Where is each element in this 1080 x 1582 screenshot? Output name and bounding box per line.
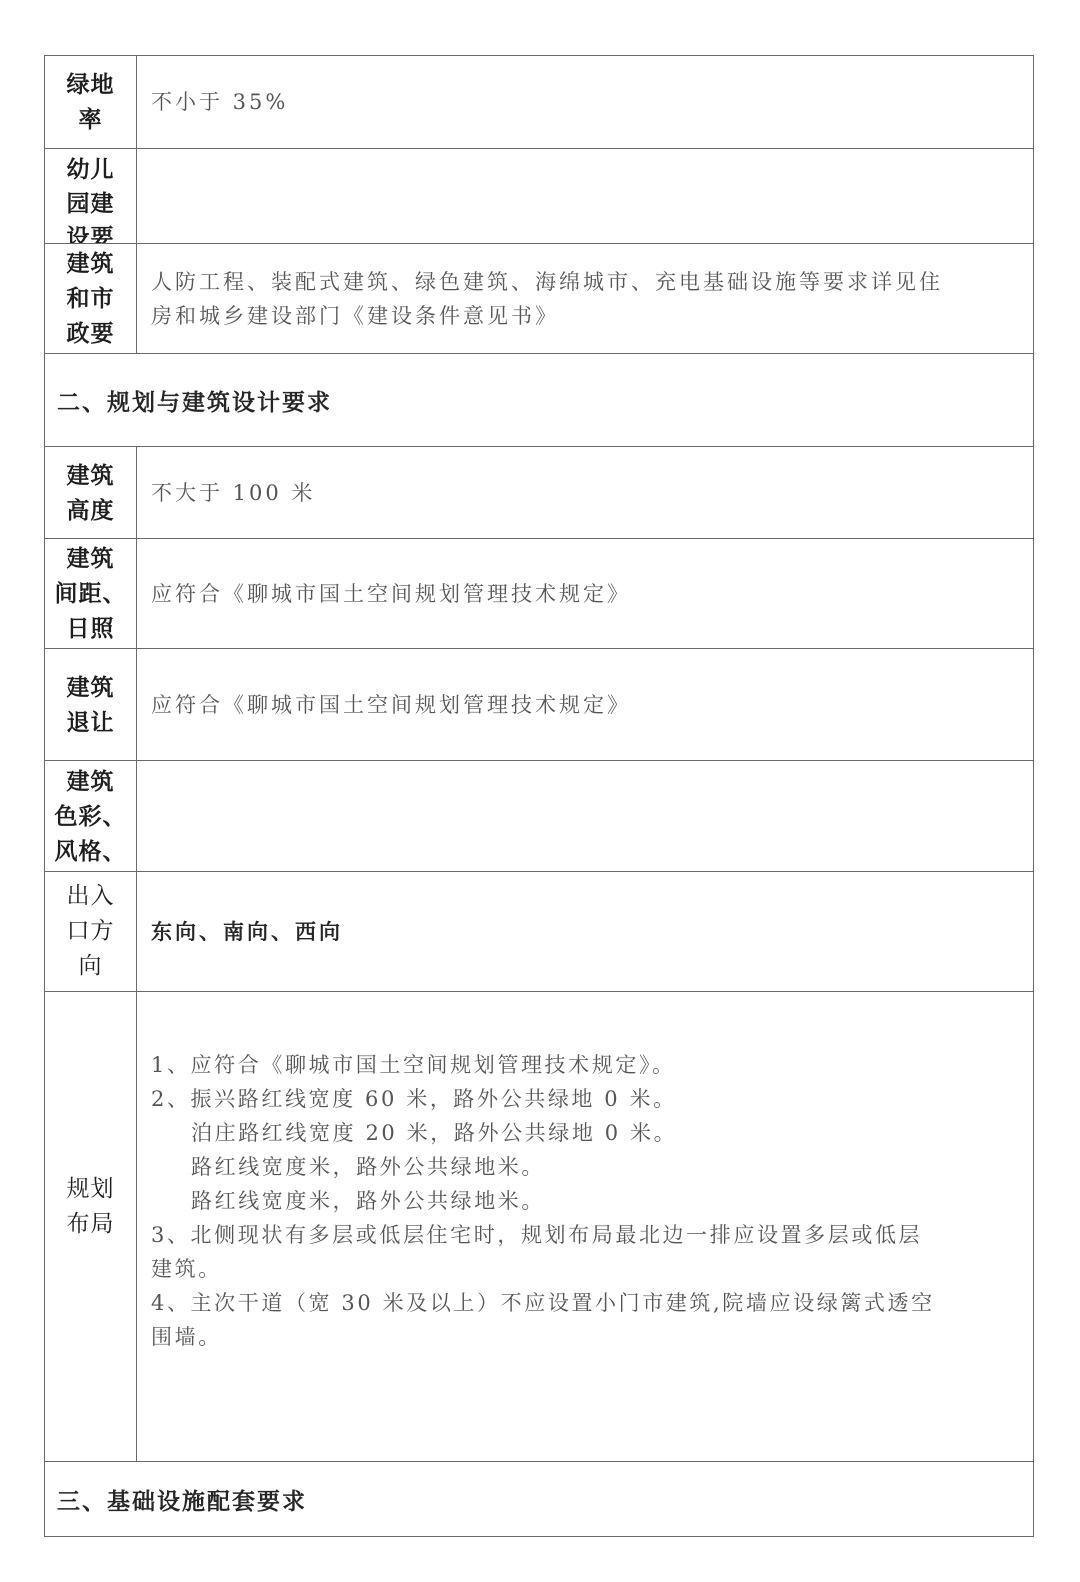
- table-row-green-ratio: 绿地 率 不小于 35%: [45, 56, 1034, 149]
- building-height-value: 不大于 100 米: [151, 476, 1021, 510]
- table-row-building-color-style: 建筑 色彩、 风格、: [45, 761, 1034, 872]
- row-label: 幼儿 园建 设要: [45, 149, 137, 244]
- row-content: 东向、南向、西向: [137, 872, 1034, 992]
- row-content: 应符合《聊城市国土空间规划管理技术规定》: [137, 649, 1034, 761]
- row-label: 出入 口方 向: [45, 872, 137, 992]
- table-row-planning-layout: 规划 布局 1、应符合《聊城市国土空间规划管理技术规定》。 2、振兴路红线宽度 …: [45, 992, 1034, 1462]
- section-3-title: 三、基础设施配套要求: [45, 1462, 1034, 1537]
- row-label: 建筑 间距、 日照: [45, 539, 137, 649]
- building-municipal-line-2: 房和城乡建设部门《建设条件意见书》: [151, 299, 1021, 333]
- table-row-building-height: 建筑 高度 不大于 100 米: [45, 447, 1034, 539]
- layout-item-3: 3、北侧现状有多层或低层住宅时，规划布局最北边一排应设置多层或低层: [151, 1218, 1021, 1252]
- kindergarten-value: [137, 149, 1034, 244]
- table-row-kindergarten: 幼儿 园建 设要: [45, 149, 1034, 244]
- building-color-style-label: 建筑 色彩、 风格、: [45, 764, 136, 869]
- layout-item-4-cont: 围墙。: [151, 1320, 1021, 1354]
- section-header-row: 二、规划与建筑设计要求: [45, 354, 1034, 447]
- layout-item-4: 4、主次干道（宽 30 米及以上）不应设置小门市建筑,院墙应设绿篱式透空: [151, 1286, 1021, 1320]
- layout-item-2-road-c: 路红线宽度米，路外公共绿地米。: [151, 1150, 1021, 1184]
- table-row-entrance-direction: 出入 口方 向 东向、南向、西向: [45, 872, 1034, 992]
- building-municipal-line-1: 人防工程、装配式建筑、绿色建筑、海绵城市、充电基础设施等要求详见住: [151, 265, 1021, 299]
- layout-item-1: 1、应符合《聊城市国土空间规划管理技术规定》。: [151, 1048, 1021, 1082]
- row-label: 绿地 率: [45, 56, 137, 149]
- building-setback-value: 应符合《聊城市国土空间规划管理技术规定》: [151, 688, 1021, 722]
- entrance-direction-label: 出入 口方 向: [45, 879, 136, 984]
- table-row-building-spacing: 建筑 间距、 日照 应符合《聊城市国土空间规划管理技术规定》: [45, 539, 1034, 649]
- building-municipal-label: 建筑 和市 政要: [45, 246, 136, 351]
- row-label: 建筑 高度: [45, 447, 137, 539]
- row-content: 1、应符合《聊城市国土空间规划管理技术规定》。 2、振兴路红线宽度 60 米，路…: [137, 992, 1034, 1462]
- row-content: 不小于 35%: [137, 56, 1034, 149]
- green-ratio-label: 绿地 率: [45, 67, 136, 137]
- row-label: 规划 布局: [45, 992, 137, 1462]
- document-page: 绿地 率 不小于 35% 幼儿 园建 设要 建筑 和市 政要 人防工程、装配式建…: [44, 55, 1034, 1537]
- green-ratio-value: 不小于 35%: [151, 85, 1021, 119]
- planning-layout-label: 规划 布局: [45, 1172, 136, 1242]
- layout-item-2-road-b: 泊庄路红线宽度 20 米，路外公共绿地 0 米。: [151, 1116, 1021, 1150]
- row-label: 建筑 色彩、 风格、: [45, 761, 137, 872]
- layout-item-2-road-d: 路红线宽度米，路外公共绿地米。: [151, 1184, 1021, 1218]
- table-row-building-municipal: 建筑 和市 政要 人防工程、装配式建筑、绿色建筑、海绵城市、充电基础设施等要求详…: [45, 244, 1034, 354]
- section-2-title: 二、规划与建筑设计要求: [45, 354, 1034, 447]
- row-content: 人防工程、装配式建筑、绿色建筑、海绵城市、充电基础设施等要求详见住 房和城乡建设…: [137, 244, 1034, 354]
- row-content: 应符合《聊城市国土空间规划管理技术规定》: [137, 539, 1034, 649]
- building-color-style-value: [137, 761, 1034, 872]
- building-spacing-label: 建筑 间距、 日照: [45, 541, 136, 646]
- layout-item-2: 2、振兴路红线宽度 60 米，路外公共绿地 0 米。: [151, 1082, 1021, 1116]
- row-content: 不大于 100 米: [137, 447, 1034, 539]
- row-label: 建筑 退让: [45, 649, 137, 761]
- table-row-building-setback: 建筑 退让 应符合《聊城市国土空间规划管理技术规定》: [45, 649, 1034, 761]
- building-setback-label: 建筑 退让: [45, 670, 136, 740]
- entrance-direction-value: 东向、南向、西向: [151, 915, 1021, 949]
- row-label: 建筑 和市 政要: [45, 244, 137, 354]
- planning-conditions-table: 绿地 率 不小于 35% 幼儿 园建 设要 建筑 和市 政要 人防工程、装配式建…: [44, 55, 1034, 1537]
- section-header-row: 三、基础设施配套要求: [45, 1462, 1034, 1537]
- building-spacing-value: 应符合《聊城市国土空间规划管理技术规定》: [151, 577, 1021, 611]
- layout-item-3-cont: 建筑。: [151, 1252, 1021, 1286]
- building-height-label: 建筑 高度: [45, 458, 136, 528]
- kindergarten-label: 幼儿 园建 设要: [45, 153, 136, 243]
